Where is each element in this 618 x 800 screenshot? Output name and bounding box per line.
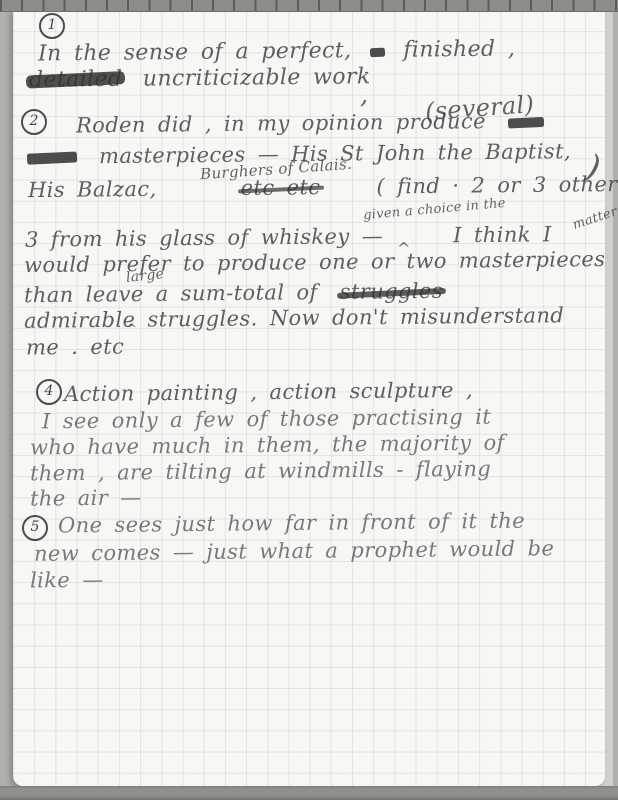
handwriting-layer: 1 In the sense of a perfect, finished , … — [0, 0, 618, 800]
note-text: me . etc — [26, 334, 124, 359]
item-number-4: 4 — [36, 379, 62, 405]
insertion-matter: matter — [571, 204, 618, 233]
note-text: finished , — [403, 37, 515, 63]
scanned-note: 1 In the sense of a perfect, finished , … — [0, 0, 618, 800]
scribbled-out-word: detailed — [29, 68, 123, 93]
note-text: who have much in them, the majority of — [30, 431, 505, 460]
note-text: like — — [30, 568, 104, 593]
note-text: uncriticizable work — [143, 64, 371, 91]
note-line-16: One sees just how far in front of it the — [58, 510, 525, 538]
note-text: the air — — [30, 485, 142, 510]
caret-mark: ^ — [126, 322, 137, 337]
note-text: them , are tilting at windmills - flayin… — [30, 457, 491, 486]
top-edge-bar — [0, 0, 618, 12]
note-text: new comes — just what a prophet would be — [34, 536, 554, 565]
item-number-5: 5 — [22, 515, 48, 541]
insertion-given-a-choice: given a choice in the — [363, 196, 507, 223]
note-text: would prefer to produce one or two maste… — [24, 247, 618, 277]
item-number-1: 1 — [39, 13, 65, 39]
note-line-5: His Balzac, etc etc ( find · 2 or 3 othe… — [28, 173, 618, 202]
item-number-2: 2 — [21, 109, 47, 135]
note-text: I think I — [453, 222, 552, 247]
note-text: I see only a few of those practising it — [42, 405, 491, 434]
note-line-7: would prefer to produce one or two maste… — [24, 248, 618, 277]
struck-out-struggles: struggles — [340, 280, 443, 304]
note-line-2: detailed uncriticizable work — [29, 65, 371, 93]
note-text: Action painting , action sculpture , — [64, 378, 473, 406]
note-line-17: new comes — just what a prophet would be — [34, 537, 554, 566]
struck-out-etc: etc etc — [241, 176, 321, 200]
note-text: admirable struggles. Now don't misunders… — [24, 303, 564, 333]
inserted-comma: , — [360, 80, 369, 110]
note-line-12: I see only a few of those practising it — [42, 406, 491, 434]
note-line-1: In the sense of a perfect, finished , — [38, 38, 515, 67]
note-text: His Balzac, — [28, 177, 157, 202]
note-line-3: Roden did , in my opinion produce — [76, 110, 544, 138]
bottom-edge-bar — [0, 786, 618, 800]
scribbled-out-word — [27, 151, 77, 164]
note-text: One sees just how far in front of it the — [58, 509, 525, 538]
note-text: 3 from his glass of whiskey — — [25, 224, 383, 252]
note-line-14: them , are tilting at windmills - flayin… — [30, 458, 491, 486]
note-line-13: who have much in them, the majority of — [30, 432, 505, 460]
note-text: In the sense of a perfect, — [38, 38, 352, 66]
note-text: Roden did , in my opinion produce — [76, 109, 486, 137]
note-line-10: me . etc — [26, 335, 124, 359]
scribbled-out-word — [508, 117, 544, 129]
note-text: than leave a sum-total of — [24, 280, 318, 307]
scribbled-out-letter — [370, 48, 385, 58]
note-line-11: Action painting , action sculpture , — [64, 379, 473, 406]
note-line-9: admirable struggles. Now don't misunders… — [24, 304, 564, 333]
note-line-15: the air — — [30, 486, 142, 510]
note-line-8: than leave a sum-total of struggles — [24, 280, 443, 307]
note-line-18: like — — [30, 569, 104, 593]
